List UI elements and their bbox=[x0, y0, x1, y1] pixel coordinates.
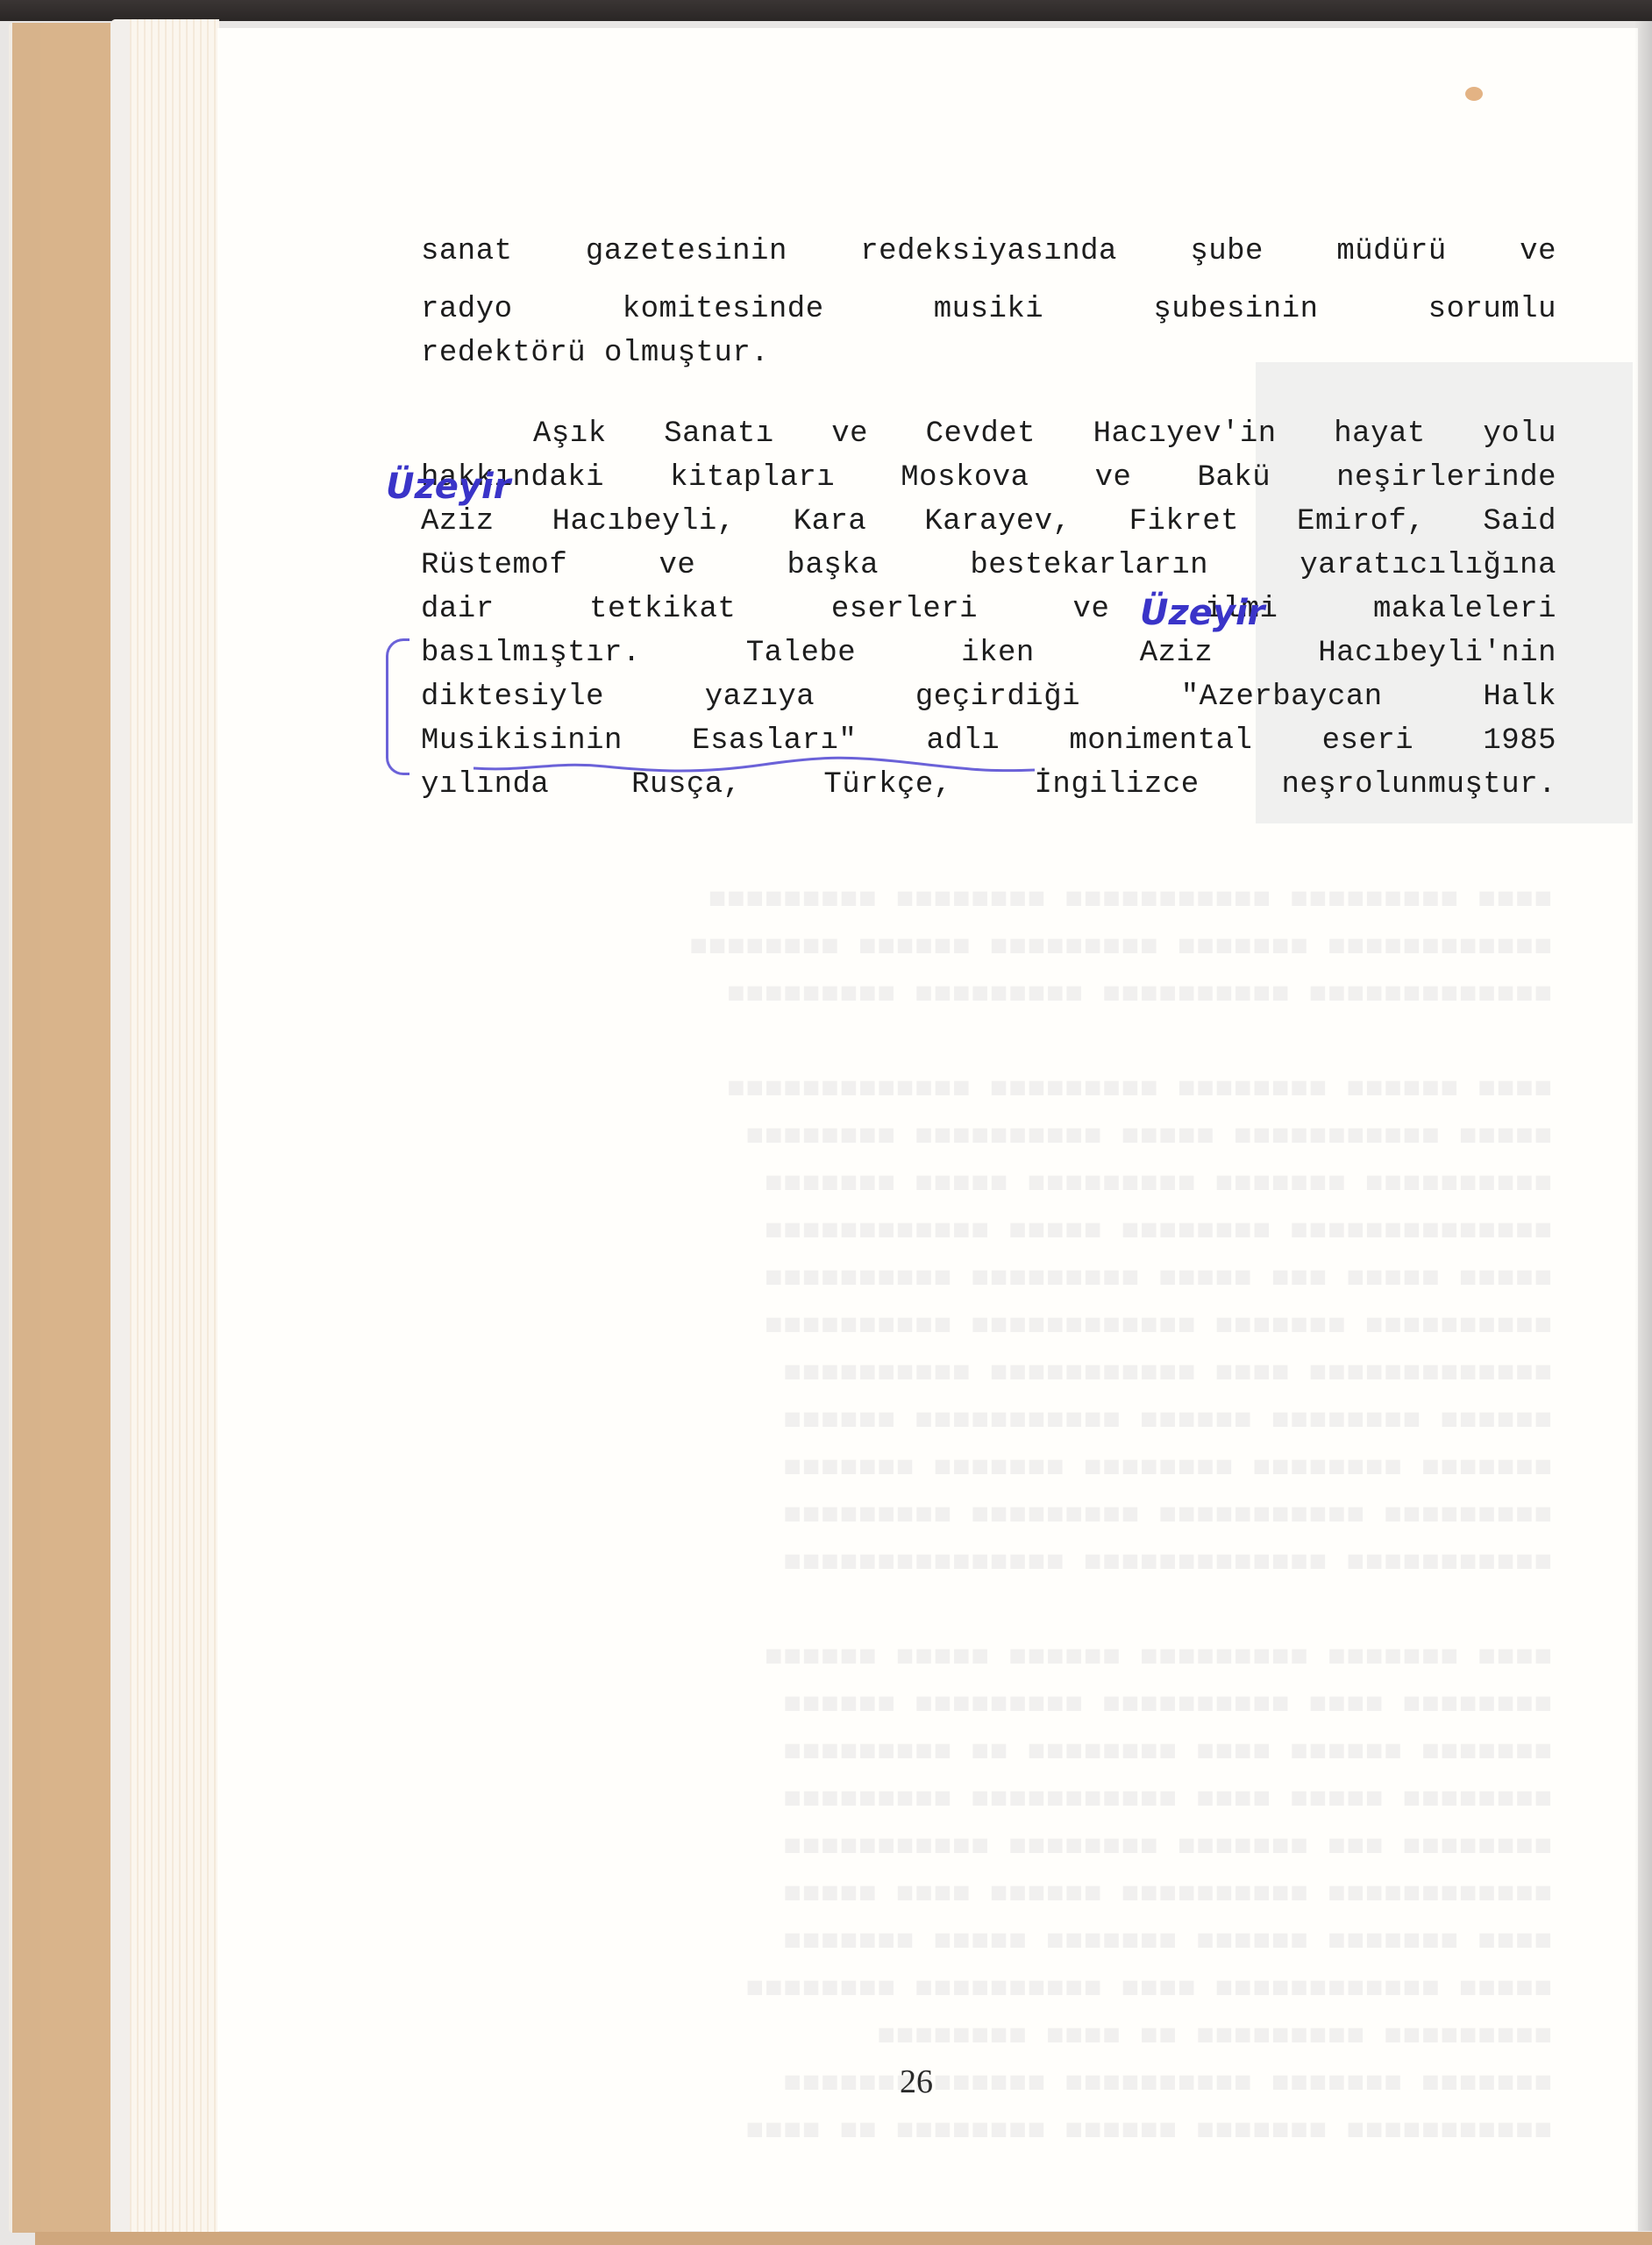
paragraph-1: sanat gazetesinin redeksiyasında şube mü… bbox=[421, 230, 1556, 375]
paper-stain bbox=[1465, 87, 1483, 101]
pen-bracket-mark bbox=[386, 638, 409, 775]
text-line: basılmıştır. Talebe iken Aziz Hacıbeyli'… bbox=[421, 631, 1556, 675]
handwritten-annotation: Üzeyir bbox=[1140, 593, 1264, 633]
text-line: diktesiyle yazıya geçirdiği "Azerbaycan … bbox=[421, 675, 1556, 719]
text-line: hakkındaki kitapları Moskova ve Bakü neş… bbox=[421, 456, 1556, 500]
text-line: Aziz Hacıbeyli, Kara Karayev, Fikret Emi… bbox=[421, 500, 1556, 544]
text-line: Aşık Sanatı ve Cevdet Hacıyev'in hayat y… bbox=[421, 412, 1556, 456]
page-number: 26 bbox=[900, 2063, 933, 2101]
handwritten-annotation: Üzeyir bbox=[386, 467, 510, 507]
text-line: dair tetkikat eserleri ve ilmi makaleler… bbox=[421, 588, 1556, 631]
book-bottom-edge bbox=[35, 2232, 1652, 2245]
scanner-top-edge bbox=[0, 0, 1652, 21]
bleed-through-text: ■■■■ ■■■■■■■■■ ■■■■■■■■■■■ ■■■■■■■■ ■■■■… bbox=[491, 877, 1552, 2156]
text-line: redektörü olmuştur. bbox=[421, 331, 1556, 375]
text-line: Rüstemof ve başka bestekarların yaratıcı… bbox=[421, 544, 1556, 588]
body-text: sanat gazetesinin redeksiyasında şube mü… bbox=[421, 230, 1556, 807]
text-line: radyo komitesinde musiki şubesinin sorum… bbox=[421, 288, 1556, 331]
paragraph-2: Aşık Sanatı ve Cevdet Hacıyev'in hayat y… bbox=[421, 412, 1556, 807]
book-cover-edge bbox=[40, 23, 114, 2233]
text-line: sanat gazetesinin redeksiyasında şube mü… bbox=[421, 230, 1556, 274]
page-right-shadow bbox=[1634, 21, 1652, 2231]
page-stack-edges bbox=[110, 19, 219, 2238]
pen-wavy-underline bbox=[474, 752, 1035, 779]
